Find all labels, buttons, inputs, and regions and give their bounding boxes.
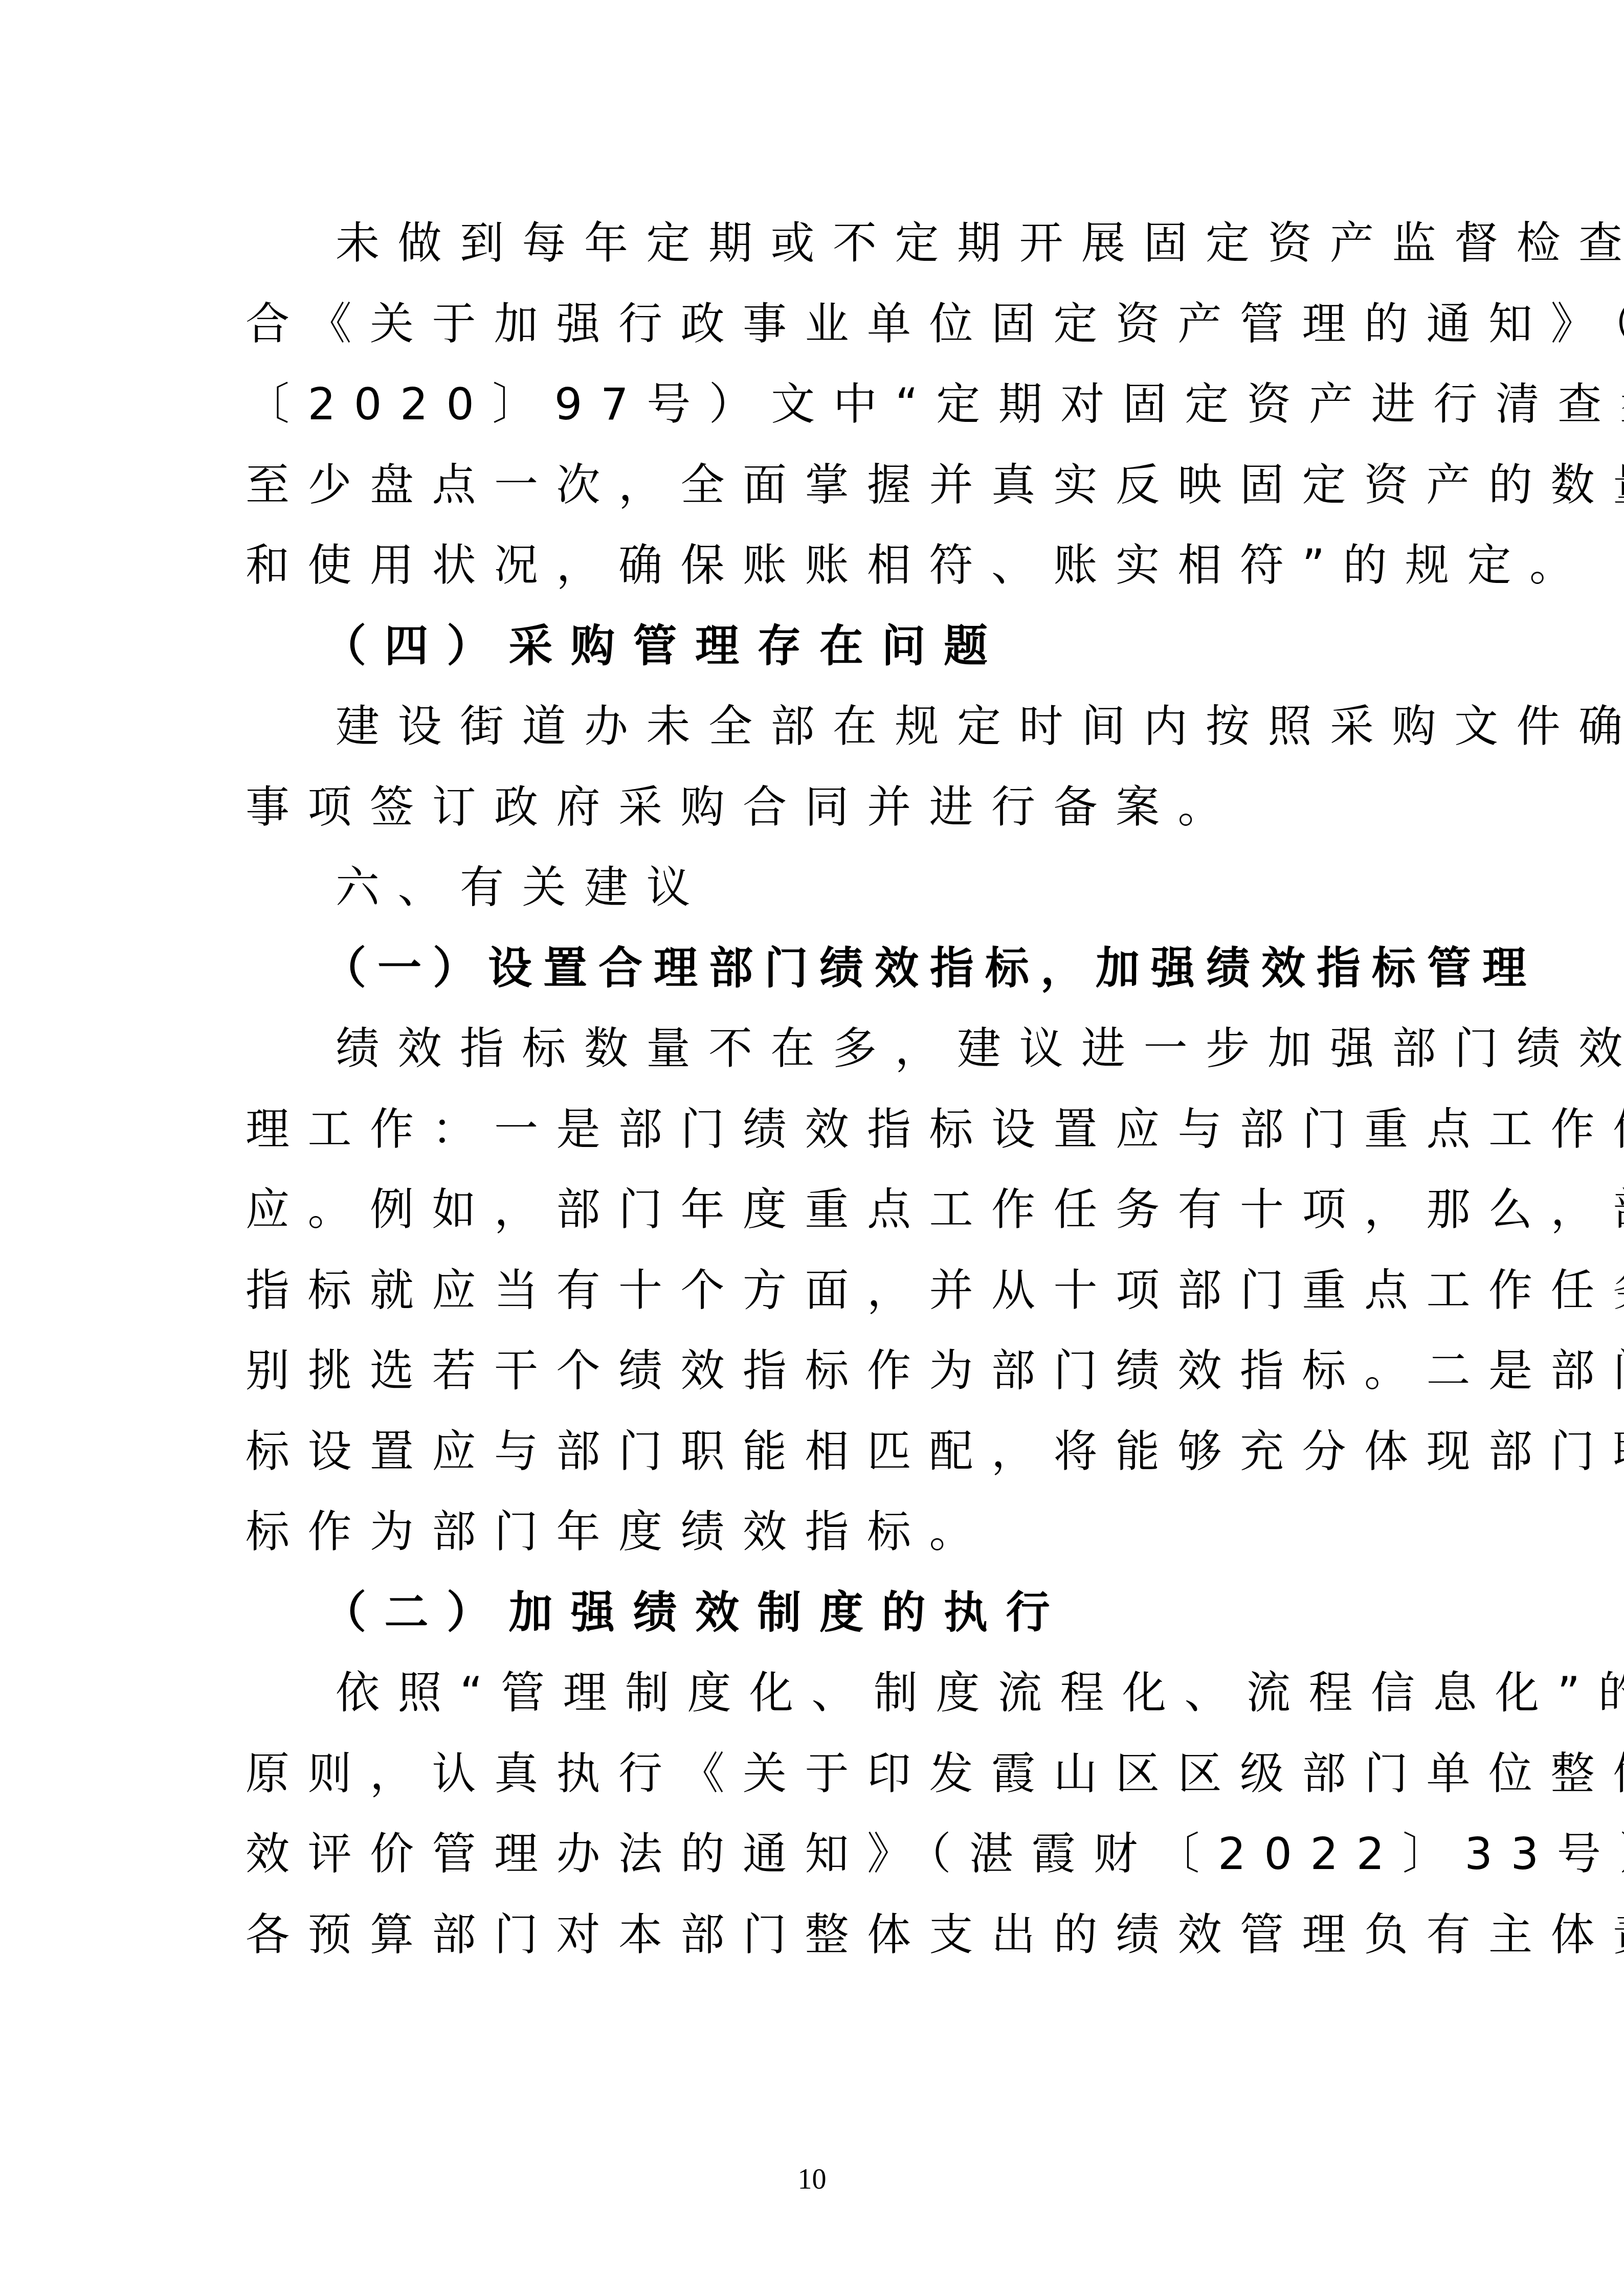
- text-line: 效评价管理办法的通知》（湛霞财〔2022〕33号）“区级: [246, 1814, 1391, 1895]
- text-line: 别挑选若干个绩效指标作为部门绩效指标。二是部门绩效指: [246, 1331, 1391, 1412]
- paragraph-procurement: 建设街道办未全部在规定时间内按照采购文件确定的 事项签订政府采购合同并进行备案。: [246, 687, 1391, 848]
- page-number: 10: [0, 2163, 1624, 2196]
- document-page: 未做到每年定期或不定期开展固定资产监督检查。不符 合《关于加强行政事业单位固定资…: [246, 204, 1391, 1975]
- text-line: 各预算部门对本部门整体支出的绩效管理负有主体责任，负: [246, 1895, 1391, 1976]
- text-line: 事项签订政府采购合同并进行备案。: [246, 768, 1391, 848]
- paragraph-performance-indicators: 绩效指标数量不在多，建议进一步加强部门绩效指标管 理工作：一是部门绩效指标设置应…: [246, 1009, 1391, 1573]
- subheading-procurement-issues: （四）采购管理存在问题: [246, 606, 1391, 687]
- text-line: 理工作：一是部门绩效指标设置应与部门重点工作任务相对: [246, 1090, 1391, 1170]
- text-line: 至少盘点一次，全面掌握并真实反映固定资产的数量、价值: [246, 445, 1391, 526]
- text-line: 合《关于加强行政事业单位固定资产管理的通知》（财资: [246, 284, 1391, 365]
- paragraph-performance-system: 依照“管理制度化、制度流程化、流程信息化”的管理 原则，认真执行《关于印发霞山区…: [246, 1653, 1391, 1975]
- text-line: 和使用状况，确保账账相符、账实相符”的规定。: [246, 526, 1391, 606]
- text-line: 绩效指标数量不在多，建议进一步加强部门绩效指标管: [246, 1009, 1391, 1090]
- text-line: 未做到每年定期或不定期开展固定资产监督检查。不符: [246, 204, 1391, 284]
- text-line: 标作为部门年度绩效指标。: [246, 1492, 1391, 1573]
- text-line: 建设街道办未全部在规定时间内按照采购文件确定的: [246, 687, 1391, 768]
- subheading-performance-indicators: （一）设置合理部门绩效指标，加强绩效指标管理: [246, 929, 1391, 1009]
- text-line: 标设置应与部门职能相匹配，将能够充分体现部门职能的指: [246, 1412, 1391, 1493]
- text-line: 原则，认真执行《关于印发霞山区区级部门单位整体支出绩: [246, 1734, 1391, 1815]
- subheading-performance-system: （二）加强绩效制度的执行: [246, 1573, 1391, 1654]
- text-line: 依照“管理制度化、制度流程化、流程信息化”的管理: [246, 1653, 1391, 1734]
- section-heading-recommendations: 六、有关建议: [246, 848, 1391, 929]
- text-line: 〔2020〕97号）文中“定期对固定资产进行清查盘点，每年: [246, 365, 1391, 445]
- text-line: 指标就应当有十个方面，并从十项部门重点工作任务中，分: [246, 1251, 1391, 1332]
- paragraph-fixed-asset-inspection: 未做到每年定期或不定期开展固定资产监督检查。不符 合《关于加强行政事业单位固定资…: [246, 204, 1391, 606]
- text-line: 应。例如，部门年度重点工作任务有十项，那么，部门绩效: [246, 1170, 1391, 1251]
